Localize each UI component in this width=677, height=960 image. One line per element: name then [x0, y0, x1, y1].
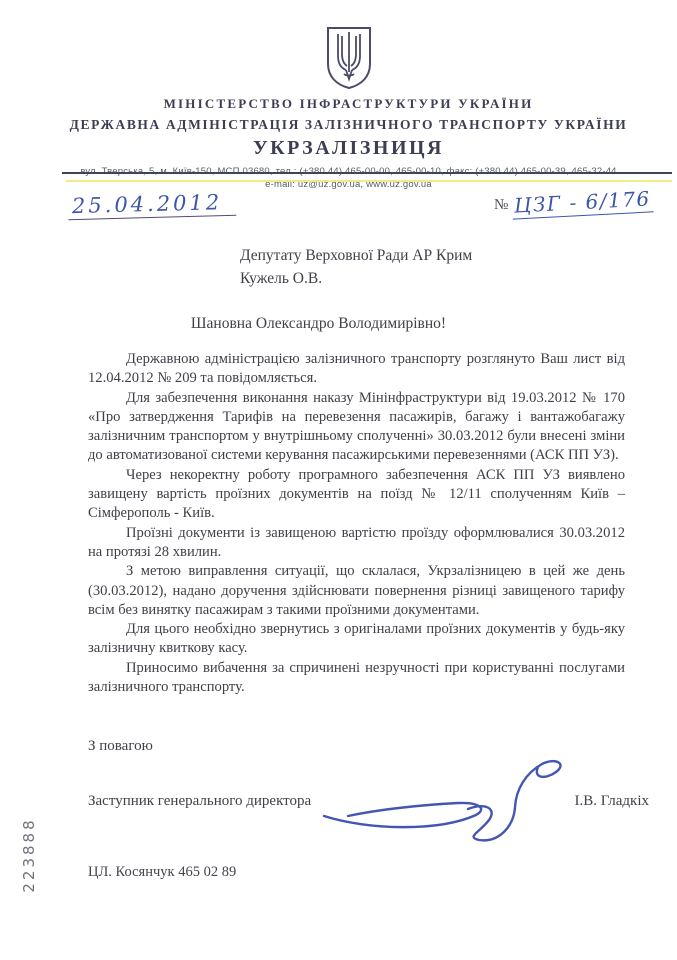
number-sign-label: № [494, 197, 508, 213]
ministry-line: МІНІСТЕРСТВО ІНФРАСТРУКТУРИ УКРАЇНИ [30, 96, 667, 112]
letterhead: МІНІСТЕРСТВО ІНФРАСТРУКТУРИ УКРАЇНИ ДЕРЖ… [30, 26, 667, 190]
reference-number: № ЦЗГ - 6/176 [494, 190, 653, 216]
organization-name: УКРЗАЛІЗНИЦЯ [30, 137, 667, 160]
recipient-line1: Депутату Верховної Ради АР Крим [240, 244, 472, 267]
body-paragraph: Державною адміністрацією залізничного тр… [88, 350, 625, 389]
regards-line: З повагою [88, 738, 153, 755]
signer-name: І.В. Гладкіх [574, 793, 649, 810]
body-paragraph: Для забезпечення виконання наказу Мінінф… [88, 389, 625, 466]
salutation: Шановна Олександро Володимирівно! [0, 315, 637, 333]
handwritten-signature [318, 752, 568, 852]
registration-stamp-number: 223888 [20, 795, 40, 915]
header-rule-yellow [66, 180, 672, 182]
recipient-block: Депутату Верховної Ради АР Крим Кужель О… [240, 244, 472, 290]
administration-line: ДЕРЖАВНА АДМІНІСТРАЦІЯ ЗАЛІЗНИЧНОГО ТРАН… [30, 117, 667, 133]
ukraine-trident-emblem-icon [324, 26, 374, 90]
signer-title: Заступник генерального директора [88, 793, 311, 810]
executor-line: ЦЛ. Косянчук 465 02 89 [88, 864, 236, 881]
body-paragraph: З метою виправлення ситуації, що склалас… [88, 562, 625, 620]
scanned-letter-page: МІНІСТЕРСТВО ІНФРАСТРУКТУРИ УКРАЇНИ ДЕРЖ… [0, 0, 677, 960]
handwritten-number: ЦЗГ - 6/176 [511, 186, 653, 219]
handwritten-date: 25.04.2012 [68, 190, 237, 220]
header-rule-navy [62, 172, 672, 174]
recipient-line2: Кужель О.В. [240, 267, 472, 290]
body-paragraph: Проїзні документи із завищеною вартістю … [88, 524, 625, 563]
letter-body: Державною адміністрацією залізничного тр… [88, 350, 625, 697]
body-paragraph: Через некоректну роботу програмного забе… [88, 466, 625, 524]
body-paragraph: Для цього необхідно звернутись з оригіна… [88, 620, 625, 659]
body-paragraph: Приносимо вибачення за спричинені незруч… [88, 659, 625, 698]
